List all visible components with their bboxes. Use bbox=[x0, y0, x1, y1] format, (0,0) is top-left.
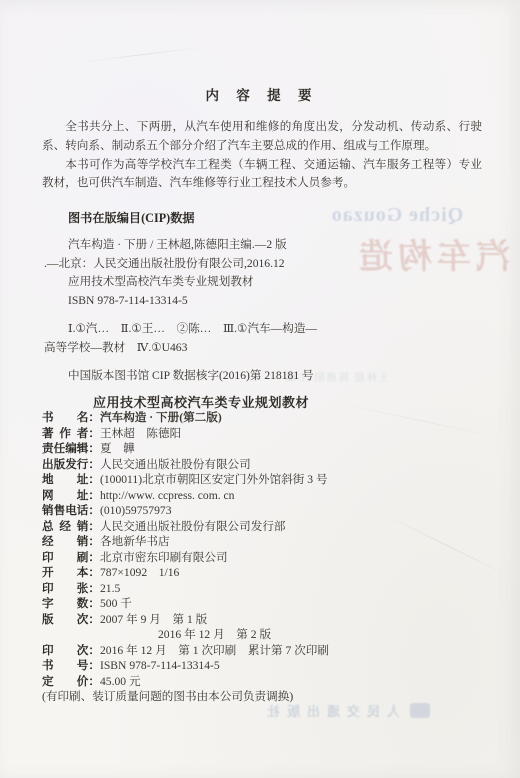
cip-classification-line-1: Ⅰ.①汽… Ⅱ.①王… ②陈… Ⅲ.①汽车—构造— bbox=[44, 320, 464, 339]
cip-data-section: 图书在版编目(CIP)数据 汽车构造 · 下册 / 王林超,陈德阳主编.—2 版… bbox=[44, 209, 464, 385]
info-value: 787×1092 1/16 bbox=[100, 565, 492, 581]
cip-series-line: 应用技术型高校汽车类专业规划教材 bbox=[44, 273, 464, 292]
info-row: 2016 年 12 月 第 2 版 bbox=[42, 627, 492, 643]
info-row: 字 数： 500 千 bbox=[42, 596, 492, 612]
info-row: 经 销： 各地新华书店 bbox=[42, 534, 492, 550]
info-value: 北京市密东印刷有限公司 bbox=[100, 550, 492, 566]
paper-crease bbox=[78, 46, 207, 63]
publication-info-section: 书 名： 汽车构造 · 下册(第二版) 著 作 者： 王林超 陈德阳 责任编辑：… bbox=[42, 410, 492, 705]
info-label: 地 址： bbox=[42, 472, 100, 488]
info-value: 各地新华书店 bbox=[100, 534, 492, 550]
quality-note: (有印刷、装订质量问题的图书由本公司负责调换) bbox=[42, 689, 492, 705]
info-value: 汽车构造 · 下册(第二版) bbox=[100, 410, 492, 426]
info-row: 印 张： 21.5 bbox=[42, 581, 492, 597]
info-value: 王林超 陈德阳 bbox=[100, 426, 492, 442]
info-row: 版 次： 2007 年 9 月 第 1 版 bbox=[42, 612, 492, 628]
info-row: 印 刷： 北京市密东印刷有限公司 bbox=[42, 550, 492, 566]
info-value: 45.00 元 bbox=[100, 674, 492, 690]
info-row: 出版发行： 人民交通出版社股份有限公司 bbox=[42, 457, 492, 473]
showthrough-publisher-logo bbox=[410, 703, 430, 718]
info-label: 著 作 者： bbox=[42, 426, 100, 442]
content-summary-heading: 内 容 提 要 bbox=[42, 84, 482, 104]
info-label: 印 刷： bbox=[42, 550, 100, 566]
series-title: 应用技术型高校汽车类专业规划教材 bbox=[93, 392, 309, 411]
info-row: 总 经 销： 人民交通出版社股份有限公司发行部 bbox=[42, 519, 492, 535]
info-value: 2016 年 12 月 第 2 版 bbox=[158, 627, 492, 643]
info-label: 字 数： bbox=[42, 596, 100, 612]
info-label: 印 张： bbox=[42, 581, 100, 597]
info-label: 书 号： bbox=[42, 658, 100, 674]
info-label: 网 址： bbox=[42, 488, 100, 504]
info-label: 出版发行： bbox=[42, 457, 100, 473]
info-row: 网 址： http://www. ccpress. com. cn bbox=[42, 488, 492, 504]
cip-publisher-line: .—北京：人民交通出版社股份有限公司,2016.12 bbox=[44, 255, 464, 274]
info-value: 2016 年 12 月 第 1 次印刷 累计第 7 次印刷 bbox=[100, 643, 492, 659]
info-label: 销售电话： bbox=[42, 503, 100, 519]
info-row: 地 址： (100011)北京市朝阳区安定门外外馆斜街 3 号 bbox=[42, 472, 492, 488]
info-label: 总 经 销： bbox=[42, 519, 100, 535]
info-label bbox=[100, 627, 158, 643]
info-value: ISBN 978-7-114-13314-5 bbox=[100, 658, 492, 674]
info-row: 开 本： 787×1092 1/16 bbox=[42, 565, 492, 581]
info-row: 印 次： 2016 年 12 月 第 1 次印刷 累计第 7 次印刷 bbox=[42, 643, 492, 659]
content-summary-paragraph-2: 本书可作为高等学校汽车工程类（车辆工程、交通运输、汽车服务工程等）专业教材，也可… bbox=[42, 156, 482, 194]
info-row: 责任编辑： 夏 韡 bbox=[42, 441, 492, 457]
info-row: 书 号： ISBN 978-7-114-13314-5 bbox=[42, 658, 492, 674]
info-value: (100011)北京市朝阳区安定门外外馆斜街 3 号 bbox=[100, 472, 492, 488]
info-row: 著 作 者： 王林超 陈德阳 bbox=[42, 426, 492, 442]
info-value: http://www. ccpress. com. cn bbox=[100, 488, 492, 504]
info-value: (010)59757973 bbox=[100, 503, 492, 519]
content-summary-section: 内 容 提 要 全书共分上、下两册，从汽车使用和维修的角度出发，分发动机、传动系… bbox=[42, 84, 482, 193]
content-summary-paragraph-1: 全书共分上、下两册，从汽车使用和维修的角度出发，分发动机、传动系、行驶系、转向系… bbox=[42, 118, 482, 156]
publication-info-list: 书 名： 汽车构造 · 下册(第二版) 著 作 者： 王林超 陈德阳 责任编辑：… bbox=[42, 410, 492, 689]
info-label: 书 名： bbox=[42, 410, 100, 426]
info-value: 夏 韡 bbox=[100, 441, 492, 457]
cip-record-number-line: 中国版本图书馆 CIP 数据核字(2016)第 218181 号 bbox=[44, 367, 464, 386]
copyright-page: Qiche Gouzao 汽车构造 王林超 陈德阳 主编 人民交通出版社 内 容… bbox=[0, 0, 520, 778]
info-value: 人民交通出版社股份有限公司发行部 bbox=[100, 519, 492, 535]
info-label: 开 本： bbox=[42, 565, 100, 581]
info-value: 21.5 bbox=[100, 581, 492, 597]
cip-classification-line-2: 高等学校—教材 Ⅳ.①U463 bbox=[44, 339, 464, 358]
info-row: 书 名： 汽车构造 · 下册(第二版) bbox=[42, 410, 492, 426]
info-row: 销售电话： (010)59757973 bbox=[42, 503, 492, 519]
info-value: 500 千 bbox=[100, 596, 492, 612]
info-label: 责任编辑： bbox=[42, 441, 100, 457]
info-label: 经 销： bbox=[42, 534, 100, 550]
info-value: 2007 年 9 月 第 1 版 bbox=[100, 612, 492, 628]
cip-title-line: 汽车构造 · 下册 / 王林超,陈德阳主编.—2 版 bbox=[44, 236, 464, 255]
info-row: 定 价： 45.00 元 bbox=[42, 674, 492, 690]
cip-heading: 图书在版编目(CIP)数据 bbox=[44, 209, 464, 228]
cip-isbn-line: ISBN 978-7-114-13314-5 bbox=[44, 292, 464, 311]
info-label: 印 次： bbox=[42, 643, 100, 659]
info-label: 版 次： bbox=[42, 612, 100, 628]
info-label: 定 价： bbox=[42, 674, 100, 690]
info-value: 人民交通出版社股份有限公司 bbox=[100, 457, 492, 473]
